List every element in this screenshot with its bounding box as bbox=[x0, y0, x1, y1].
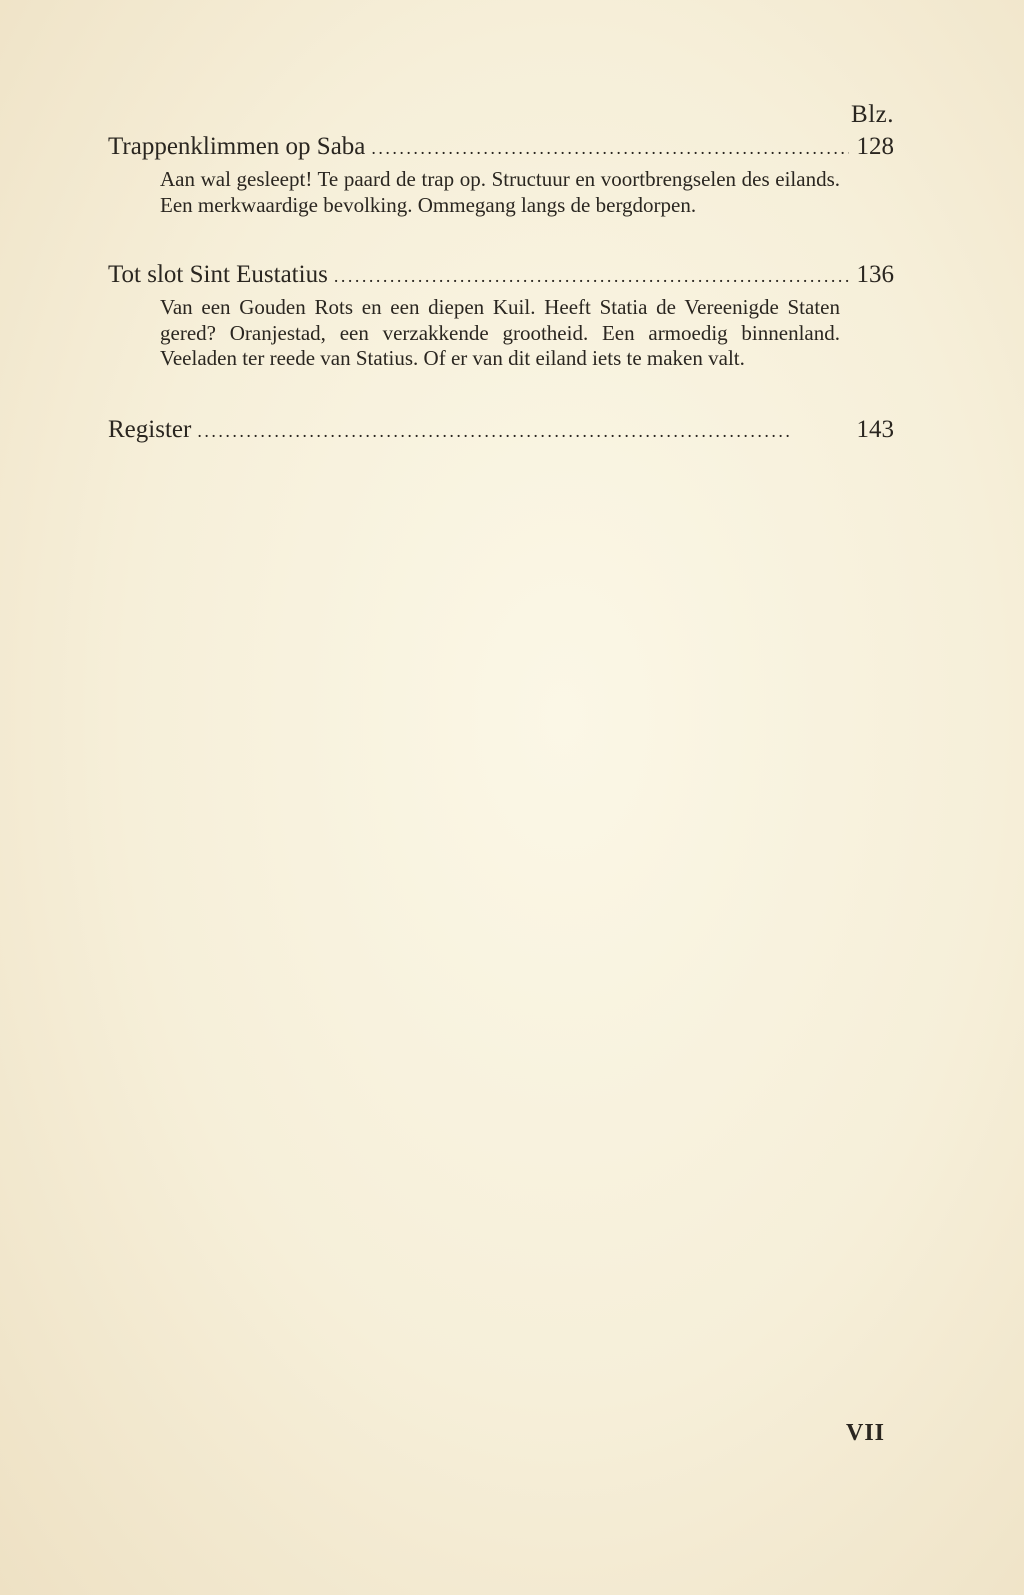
toc-entry-description: Aan wal gesleept! Te paard de trap op. S… bbox=[160, 167, 840, 218]
page-column-label: Blz. bbox=[851, 101, 894, 129]
toc-entry-eustatius: Tot slot Sint Eustatius 136 Van een Goud… bbox=[108, 260, 894, 372]
toc-entry-page: 136 bbox=[849, 260, 895, 290]
toc-entry-line: Tot slot Sint Eustatius 136 bbox=[108, 260, 894, 291]
toc-entry-register: Register 143 bbox=[108, 415, 894, 446]
toc-page: Blz. Trappenklimmen op Saba 128 Aan wal … bbox=[0, 0, 1024, 1595]
toc-entry-title: Tot slot Sint Eustatius bbox=[108, 260, 334, 290]
toc-entry-title: Trappenklimmen op Saba bbox=[108, 132, 371, 162]
toc-entry-line: Register 143 bbox=[108, 415, 894, 446]
toc-entry-description: Van een Gouden Rots en een diepen Kuil. … bbox=[160, 295, 840, 372]
dot-leader bbox=[334, 261, 849, 291]
toc-entry-page: 143 bbox=[849, 415, 895, 445]
toc-entry-saba: Trappenklimmen op Saba 128 Aan wal gesle… bbox=[108, 132, 894, 218]
page-folio: VII bbox=[846, 1420, 885, 1447]
toc-entry-page: 128 bbox=[849, 132, 895, 162]
toc-entry-line: Trappenklimmen op Saba 128 bbox=[108, 132, 894, 163]
dot-leader bbox=[197, 416, 848, 446]
toc-entry-title: Register bbox=[108, 415, 197, 445]
dot-leader bbox=[371, 133, 848, 163]
